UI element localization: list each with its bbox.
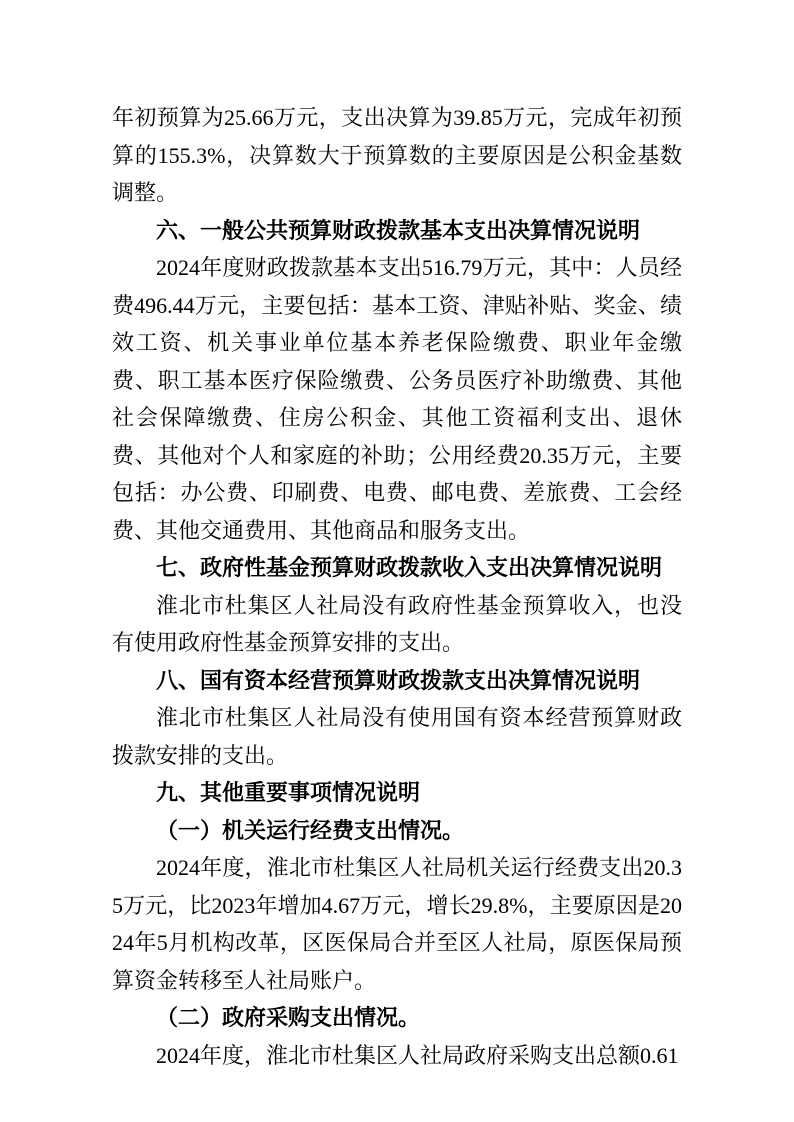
heading-section-8-state-capital-budget: 八、国有资本经营预算财政拨款支出决算情况说明 (112, 662, 682, 700)
heading-section-9-other-matters: 九、其他重要事项情况说明 (112, 774, 682, 812)
heading-section-7-govt-fund-budget: 七、政府性基金预算财政拨款收入支出决算情况说明 (112, 549, 682, 587)
paragraph-procurement: 2024年度，淮北市杜集区人社局政府采购支出总额0.61 (112, 1037, 682, 1075)
paragraph-budget-completion: 年初预算为25.66万元，支出决算为39.85万元，完成年初预算的155.3%，… (112, 99, 682, 212)
paragraph-basic-expenditure-detail: 2024年度财政拨款基本支出516.79万元，其中：人员经费496.44万元，主… (112, 249, 682, 549)
heading-section-6-basic-expenditure: 六、一般公共预算财政拨款基本支出决算情况说明 (112, 212, 682, 250)
paragraph-state-capital-budget: 淮北市杜集区人社局没有使用国有资本经营预算财政拨款安排的支出。 (112, 699, 682, 774)
paragraph-operating-expenses: 2024年度，淮北市杜集区人社局机关运行经费支出20.35万元，比2023年增加… (112, 849, 682, 999)
document-body: 年初预算为25.66万元，支出决算为39.85万元，完成年初预算的155.3%，… (112, 99, 682, 1074)
heading-section-9-1-operating-expenses: （一）机关运行经费支出情况。 (112, 812, 682, 850)
heading-section-9-2-procurement: （二）政府采购支出情况。 (112, 999, 682, 1037)
paragraph-govt-fund-budget: 淮北市杜集区人社局没有政府性基金预算收入，也没有使用政府性基金预算安排的支出。 (112, 587, 682, 662)
document-page: 年初预算为25.66万元，支出决算为39.85万元，完成年初预算的155.3%，… (0, 0, 794, 1122)
